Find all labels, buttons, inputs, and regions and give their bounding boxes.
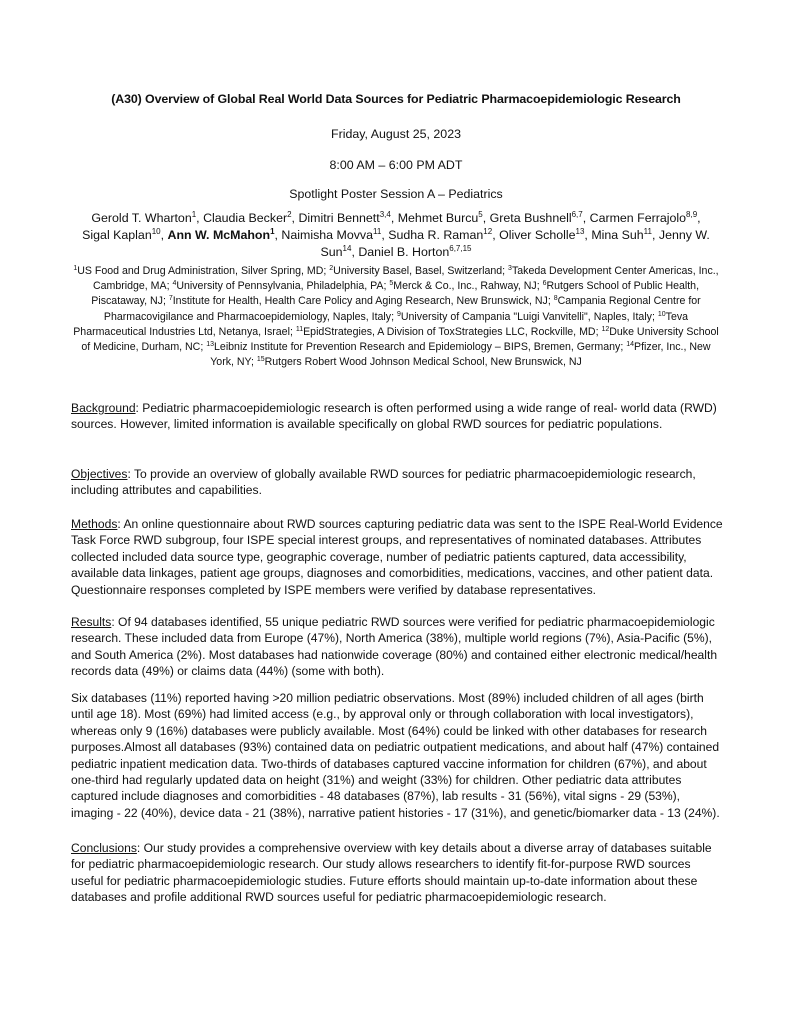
section-results: Results: Of 94 databases identified, 55 … [71,614,723,680]
author: Greta Bushnell6,7 [490,211,583,225]
affiliation: 7Institute for Health, Health Care Polic… [169,295,548,307]
author: Sudha R. Raman12 [388,228,492,242]
section-methods: Methods: An online questionnaire about R… [71,516,723,598]
section-background: Background: Pediatric pharmacoepidemiolo… [71,400,723,433]
session-time: 8:00 AM – 6:00 PM ADT [71,158,721,172]
author: Carmen Ferrajolo8,9 [590,211,698,225]
author: Gerold T. Wharton1 [91,211,196,225]
session-date: Friday, August 25, 2023 [71,127,721,141]
author: Sigal Kaplan10 [82,228,160,242]
session-name: Spotlight Poster Session A – Pediatrics [71,187,721,201]
author: Oliver Scholle13 [499,228,584,242]
author: Claudia Becker2 [203,211,291,225]
affiliation: 15Rutgers Robert Wood Johnson Medical Sc… [257,356,582,368]
affiliation: 13Leibniz Institute for Prevention Resea… [206,341,620,353]
section-label: Background [71,401,136,415]
author: Naimisha Movva11 [281,228,381,242]
affiliation: 4University of Pennsylvania, Philadelphi… [172,280,383,292]
author: Mina Suh11 [591,228,652,242]
section-objectives: Objectives: To provide an overview of gl… [71,466,723,499]
affiliation: 1US Food and Drug Administration, Silver… [73,265,323,277]
section-label: Conclusions [71,841,137,855]
author: Mehmet Burcu5 [398,211,483,225]
affiliation: 5Merck & Co., Inc., Rahway, NJ [389,280,536,292]
section-results-continued: Six databases (11%) reported having >20 … [71,690,723,821]
affiliation: 9University of Campania "Luigi Vanvitell… [397,311,652,323]
author-list: Gerold T. Wharton1, Claudia Becker2, Dim… [79,210,713,261]
section-text: Six databases (11%) reported having >20 … [71,691,720,820]
section-conclusions: Conclusions: Our study provides a compre… [71,840,723,906]
section-text: : Our study provides a comprehensive ove… [71,841,712,904]
section-label: Objectives [71,467,127,481]
document-title: (A30) Overview of Global Real World Data… [71,92,721,106]
section-text: : Of 94 databases identified, 55 unique … [71,615,717,678]
section-text: : To provide an overview of globally ava… [71,467,696,497]
section-text: : Pediatric pharmacoepidemiologic resear… [71,401,717,431]
section-label: Results [71,615,111,629]
section-label: Methods [71,517,117,531]
author: Daniel B. Horton6,7,15 [358,245,471,259]
affiliation-list: 1US Food and Drug Administration, Silver… [73,264,719,370]
author-presenting: Ann W. McMahon1 [168,228,275,242]
affiliation: 2University Basel, Basel, Switzerland [329,265,502,277]
affiliation: 11EpidStrategies, A Division of ToxStrat… [296,326,596,338]
section-text: : An online questionnaire about RWD sour… [71,517,723,597]
author: Dimitri Bennett3,4 [298,211,390,225]
